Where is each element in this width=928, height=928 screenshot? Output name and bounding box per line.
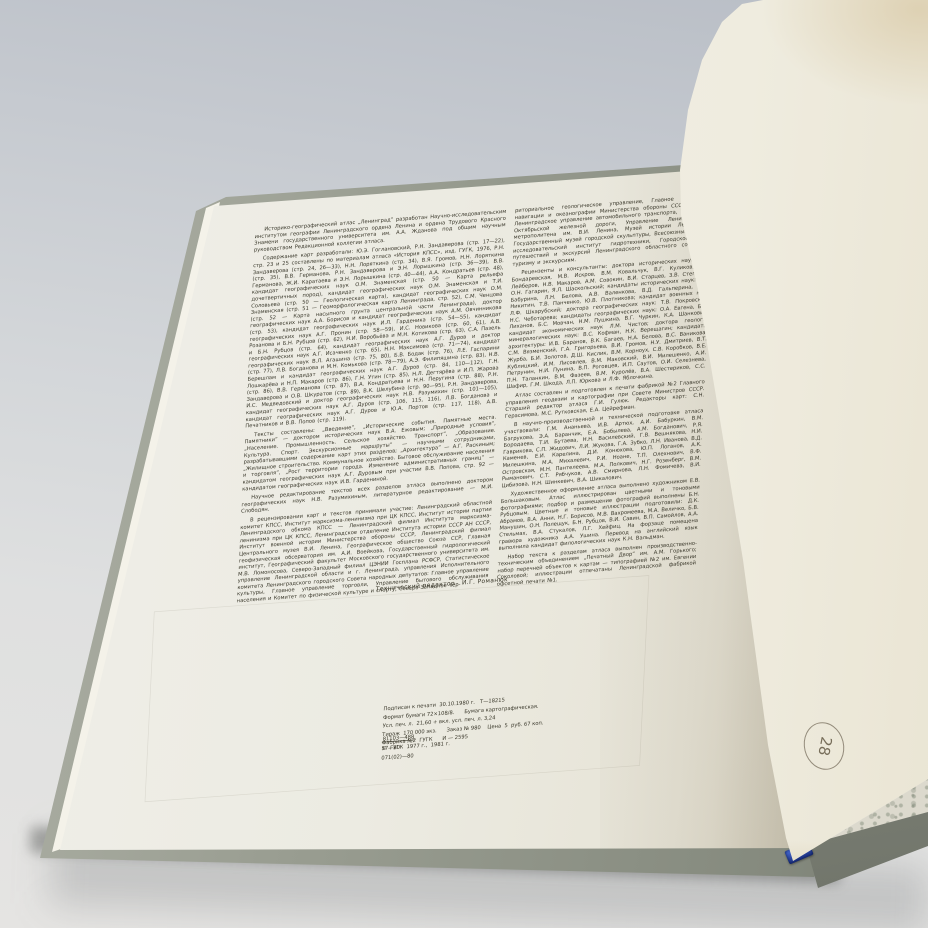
index-fraction-bottom: 071(02)—80 — [381, 752, 414, 760]
paragraph: Художественное оформление атласа выполне… — [498, 477, 700, 552]
text-column-left: Историко-географический атлас „Ленинград… — [236, 208, 506, 607]
handwritten-number-circle: 28 — [799, 718, 849, 774]
handwritten-number: 28 — [798, 723, 850, 769]
photo-backdrop: Историко-географический атлас „Ленинград… — [0, 0, 928, 928]
paragraph: Рецензенты и консультанты: доктора истор… — [506, 255, 711, 390]
paragraph: В научно-производственной и технической … — [501, 407, 703, 488]
text-column-right: риториальное геологическое управление, Г… — [496, 193, 714, 590]
colophon-text-block: Историко-географический атлас „Ленинград… — [218, 184, 717, 824]
paragraph: Содержание карт разработали: Ю.Э. Гоглан… — [245, 237, 505, 429]
